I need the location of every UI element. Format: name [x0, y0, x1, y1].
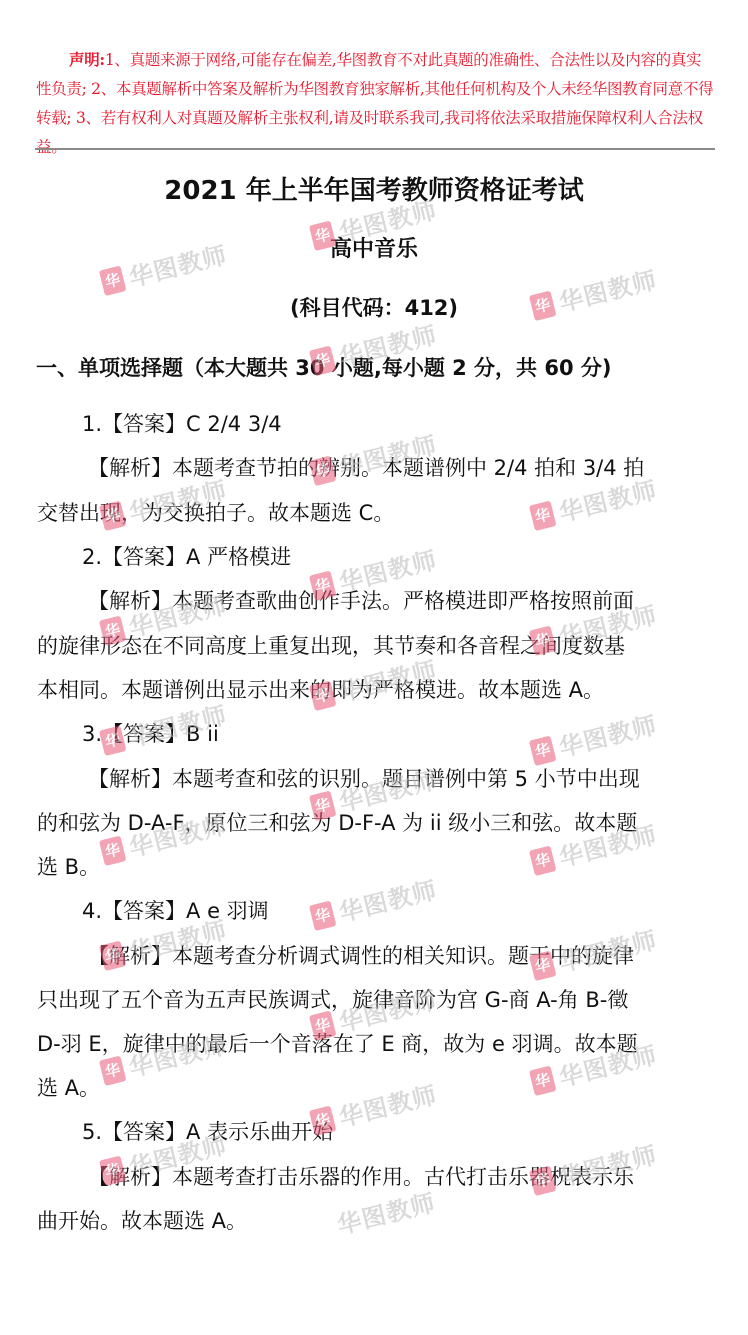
watermark: 华图教师 [327, 1183, 438, 1243]
section-heading: 一、单项选择题（本大题共 30 小题,每小题 2 分，共 60 分) [36, 352, 612, 382]
disclaimer-text: 1、真题来源于网络,可能存在偏差,华图教育不对此真题的准确性、合法性以及内容的真… [36, 51, 713, 156]
q4-explanation-line: 只出现了五个音为五声民族调式，旋律音阶为宫 G-商 A-角 B-徵 [37, 984, 628, 1014]
watermark-logo-icon: 华 [529, 735, 557, 766]
watermark-logo-icon: 华 [529, 845, 557, 876]
q2-answer: 2.【答案】A 严格模进 [82, 541, 291, 571]
q4-explanation-line: D-羽 E，旋律中的最后一个音落在了 E 商，故为 e 羽调。故本题 [37, 1028, 638, 1058]
watermark-logo-icon: 华 [529, 1065, 557, 1096]
q5-answer: 5.【答案】A 表示乐曲开始 [82, 1116, 333, 1146]
q3-answer: 3.【答案】B ii [82, 718, 219, 748]
watermark: 华华图教师 [308, 870, 441, 935]
q5-explanation-line: 曲开始。故本题选 A。 [37, 1205, 247, 1235]
subject-title: 高中音乐 [0, 232, 748, 263]
q2-explanation-line: 【解析】本题考查歌曲创作手法。严格模进即严格按照前面 [88, 585, 634, 615]
q5-explanation-line: 【解析】本题考查打击乐器的作用。古代打击乐器柷表示乐 [88, 1161, 634, 1191]
q4-explanation-line: 【解析】本题考查分析调式调性的相关知识。题干中的旋律 [88, 940, 634, 970]
watermark-logo-icon: 华 [99, 265, 127, 296]
q1-explanation-line: 【解析】本题考查节拍的辨别。本题谱例中 2/4 拍和 3/4 拍 [88, 452, 644, 482]
disclaimer: 声明:1、真题来源于网络,可能存在偏差,华图教育不对此真题的准确性、合法性以及内… [36, 45, 716, 162]
watermark-logo-icon: 华 [529, 500, 557, 531]
watermark-logo-icon: 华 [99, 1055, 127, 1086]
q2-explanation-line: 的旋律形态在不同高度上重复出现，其节奏和各音程之间度数基 [37, 630, 625, 660]
disclaimer-lead: 声明: [69, 50, 105, 69]
q1-explanation-line: 交替出现，为交换拍子。故本题选 C。 [37, 497, 394, 527]
q3-explanation-line: 【解析】本题考查和弦的识别。题目谱例中第 5 小节中出现 [88, 763, 640, 793]
watermark-logo-icon: 华 [99, 835, 127, 866]
separator-line [35, 148, 715, 150]
page-title: 2021 年上半年国考教师资格证考试 [0, 170, 748, 207]
q1-answer: 1.【答案】C 2/4 3/4 [82, 408, 282, 438]
watermark: 华华图教师 [528, 705, 661, 770]
q3-explanation-line: 的和弦为 D-A-F，原位三和弦为 D-F-A 为 ii 级小三和弦。故本题 [37, 807, 637, 837]
subject-code: (科目代码：412) [0, 292, 748, 322]
q4-explanation-line: 选 A。 [37, 1072, 100, 1102]
q3-explanation-line: 选 B。 [37, 851, 100, 881]
q2-explanation-line: 本相同。本题谱例出显示出来的即为严格模进。故本题选 A。 [37, 674, 604, 704]
watermark-logo-icon: 华 [309, 900, 337, 931]
q4-answer: 4.【答案】A e 羽调 [82, 895, 269, 925]
